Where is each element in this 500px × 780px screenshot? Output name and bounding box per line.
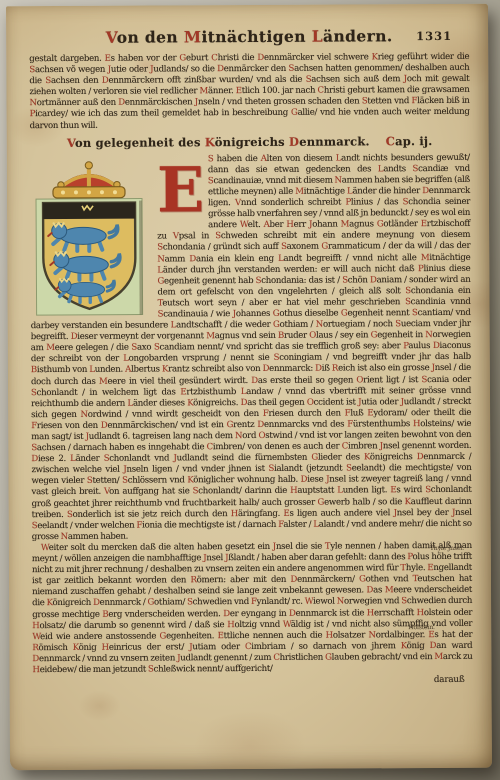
chapter-body: E S haben die Alten von diesem Landt nic… bbox=[30, 152, 473, 687]
chapter-opening-text: S haben die Alten von diesem Landt nicht… bbox=[157, 152, 470, 308]
shield-chief bbox=[43, 202, 135, 218]
page-number: 1331 bbox=[416, 29, 452, 43]
chapter-heading: Von gelegenheit des Königreichs Dennmarc… bbox=[30, 133, 470, 149]
chapter-title: Von gelegenheit des Königreichs Dennmarc… bbox=[67, 134, 370, 150]
page-content: Von den Mitnächtigen Ländern. 1331 gesta… bbox=[6, 4, 492, 771]
margin-note-holstein: Holstein. bbox=[408, 624, 435, 631]
chapter-number: Cap. ij. bbox=[386, 134, 433, 148]
chapter-continued-text: vnnd Scandinauia / wie Johannes Gothus d… bbox=[31, 297, 472, 542]
denmark-coat-of-arms bbox=[30, 158, 149, 317]
crown bbox=[53, 161, 125, 197]
drop-cap-initial: E bbox=[157, 157, 203, 231]
chapter-paragraph-2: Weiter solt du mercken daß die alten hab… bbox=[32, 541, 473, 676]
running-head: Von den Mitnächtigen Ländern. 1331 bbox=[29, 26, 469, 50]
catchword: darauß bbox=[33, 674, 473, 687]
book-page: Von den Mitnächtigen Ländern. 1331 gesta… bbox=[6, 4, 492, 771]
page-title: Von den Mitnächtigen Ländern. bbox=[106, 26, 393, 47]
margin-note-thyle-insel: Thyle Jnsel. bbox=[430, 545, 464, 552]
intro-paragraph: gestalt dargeben. Es haben vor der Gebur… bbox=[29, 52, 469, 132]
